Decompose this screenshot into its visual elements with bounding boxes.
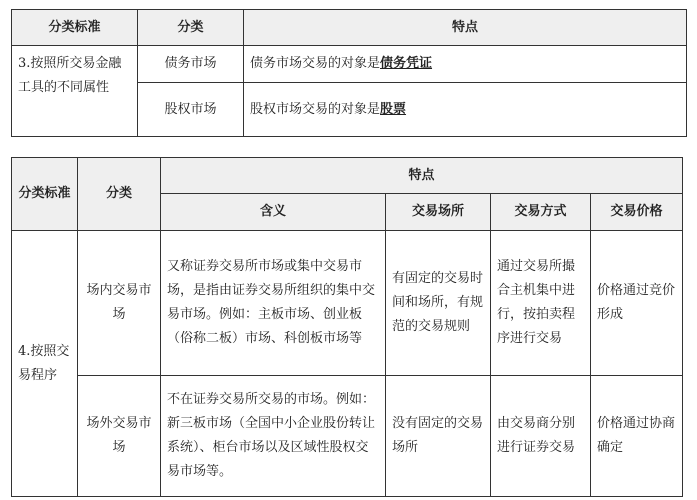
market-classification-table-1: 分类标准 分类 特点 3.按照所交易金融工具的不同属性 债务市场 债务市场交易的…	[11, 9, 687, 137]
feature-text: 股权市场交易的对象是	[250, 102, 380, 117]
header-criterion: 分类标准	[12, 10, 138, 46]
feature-emphasis: 债务凭证	[380, 56, 432, 71]
venue-cell: 没有固定的交易场所	[386, 376, 491, 497]
criterion-cell: 4.按照交易程序	[12, 231, 78, 497]
venue-cell: 有固定的交易时间和场所，有规范的交易规则	[386, 231, 491, 376]
criterion-cell: 3.按照所交易金融工具的不同属性	[12, 46, 138, 137]
feature-text: 债务市场交易的对象是	[250, 56, 380, 71]
header-features: 特点	[161, 158, 683, 194]
header-meaning: 含义	[161, 194, 386, 231]
market-classification-table-2: 分类标准 分类 特点 含义 交易场所 交易方式 交易价格 4.按照交易程序 场内…	[11, 157, 683, 497]
feature-cell: 债务市场交易的对象是债务凭证	[244, 46, 687, 83]
category-cell: 场内交易市场	[78, 231, 161, 376]
category-cell: 债务市场	[138, 46, 244, 83]
header-category: 分类	[138, 10, 244, 46]
header-venue: 交易场所	[386, 194, 491, 231]
method-cell: 通过交易所撮合主机集中进行，按拍卖程序进行交易	[491, 231, 591, 376]
meaning-cell: 不在证券交易所交易的市场。例如：新三板市场（全国中小企业股份转让系统）、柜台市场…	[161, 376, 386, 497]
header-features: 特点	[244, 10, 687, 46]
header-category: 分类	[78, 158, 161, 231]
meaning-cell: 又称证券交易所市场或集中交易市场，是指由证券交易所组织的集中交易市场。例如：主板…	[161, 231, 386, 376]
price-cell: 价格通过协商确定	[591, 376, 683, 497]
category-cell: 场外交易市场	[78, 376, 161, 497]
price-cell: 价格通过竞价形成	[591, 231, 683, 376]
header-price: 交易价格	[591, 194, 683, 231]
feature-cell: 股权市场交易的对象是股票	[244, 83, 687, 137]
header-method: 交易方式	[491, 194, 591, 231]
feature-emphasis: 股票	[380, 102, 406, 117]
method-cell: 由交易商分别进行证券交易	[491, 376, 591, 497]
category-cell: 股权市场	[138, 83, 244, 137]
header-criterion: 分类标准	[12, 158, 78, 231]
